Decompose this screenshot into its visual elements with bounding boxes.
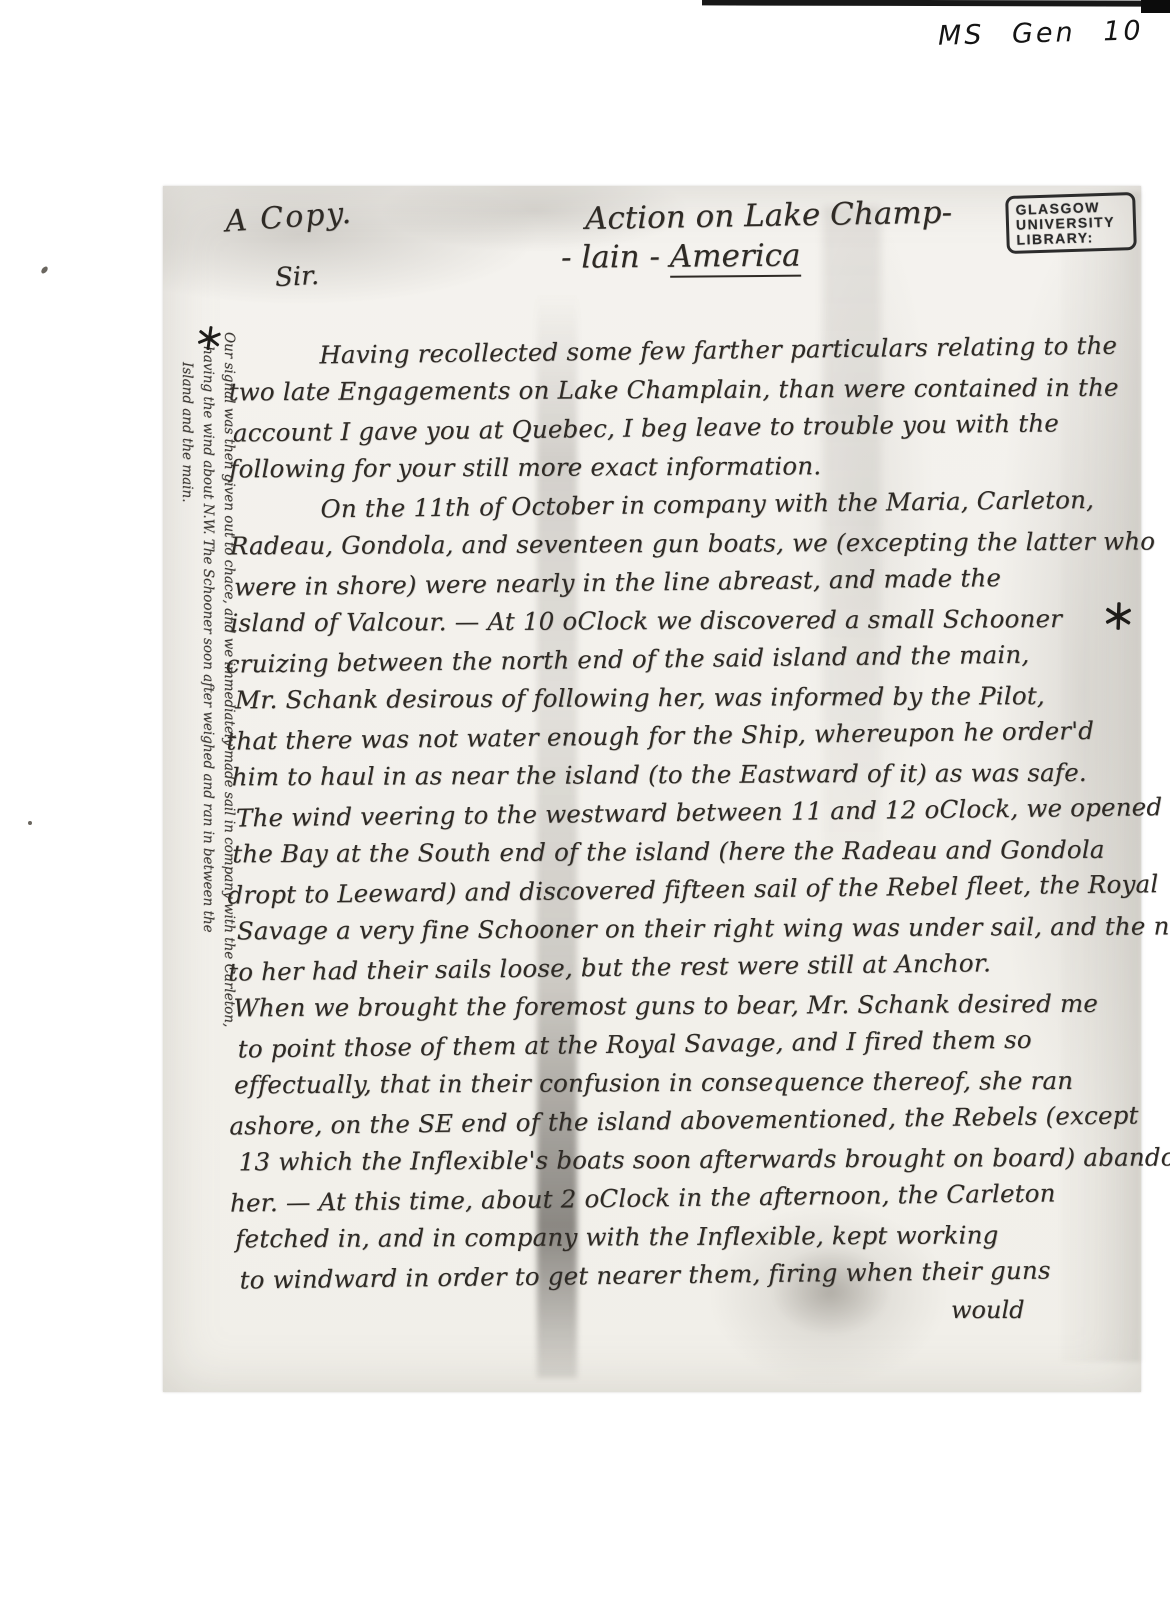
asterisk-marker-icon [1104,602,1133,631]
scan-speck [40,265,49,274]
heading-underlined-word: America [670,238,801,278]
scanned-manuscript-screenshot: MS Gen 10 GLASGOW UNIVERSITY LIBRARY: Ac… [0,0,1170,1609]
library-stamp: GLASGOW UNIVERSITY LIBRARY: [1005,192,1137,254]
scan-artifact-blob [1141,0,1170,13]
letter-page: GLASGOW UNIVERSITY LIBRARY: Action on La… [163,186,1141,1392]
shelfmark-annotation: MS Gen 10 [938,15,1144,51]
heading-line-2-prefix: - lain - [561,239,670,276]
stamp-line: LIBRARY: [1016,229,1128,248]
margin-note-line: having the wind about N.W. The Schooner … [197,346,218,1282]
margin-note-line: Our signal was then given out to chace, … [218,332,239,1282]
heading-line-2: - lain - America [561,234,952,277]
salutation: Sir. [274,261,319,293]
paragraph: Having recollected some few farther part… [223,332,1136,493]
scan-artifact-bar [702,0,1148,7]
heading-line-1: Action on Lake Champ- [561,193,953,240]
margin-note: Our signal was then given out to chace, … [176,332,239,1282]
catchword: would [951,1296,1025,1324]
copy-label: A Copy. [224,196,354,240]
docket-heading: Action on Lake Champ- - lain - America [561,196,952,276]
letter-body: Having recollected some few farther part… [223,332,1143,1302]
paragraph: On the 11th of October in company with t… [224,486,1142,1302]
scan-speck [28,821,32,825]
margin-note-line: Island and the main. [176,362,197,1282]
asterisk-marker-icon [195,324,222,351]
